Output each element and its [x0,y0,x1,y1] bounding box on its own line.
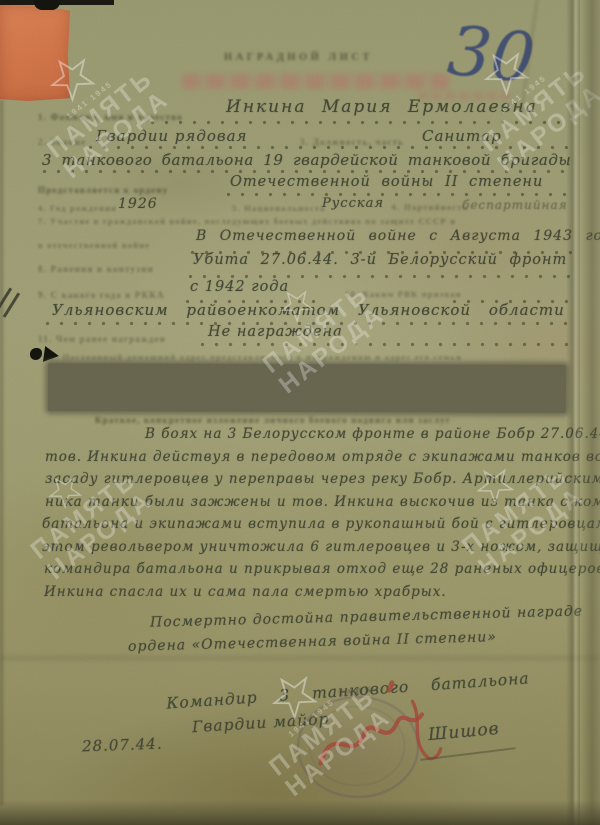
nation-value: Русская [322,196,384,211]
scanned-award-document: НАГРАДНОЙ ЛИСТ 30 1. Фамилия, имя и отче… [0,0,600,825]
rkka-label: 9. С какого года в РККА [38,290,165,300]
rank-label: 2. Звание [38,137,86,147]
conclusion-line: ордена «Отечественная война II степени» [128,629,497,655]
rvk-label: 10. Каким РВК призван [345,289,462,299]
faded-red-stamp-line [182,74,450,89]
party-label: 6. Партийность [392,202,468,212]
citation-line: В боях на 3 Белорусском фронте в районе … [145,426,600,442]
post-value: Санитар [422,127,502,145]
prior-value: Не награждена [208,324,343,340]
page-number-handwritten: 30 [444,12,538,100]
prior-label: 11. Чем ранее награжден [38,334,166,344]
war-label: 7. Участие в гражданской войне, последую… [38,216,456,226]
dotted-line [226,192,572,197]
party-value: беспартийная [462,198,568,212]
name-value: Инкина Мария Ермолаевна [226,97,538,117]
wounds-label: 8. Ранения и контузии [38,264,154,274]
name-label: 1. Фамилия, имя и отчество [38,112,183,122]
citation-line: батальона и экипажами вступила в рукопаш… [42,516,600,532]
wounds-value: Убита 27.06.44. 3-й Белорусский фронт [193,252,567,268]
fold-crease-horizontal [0,656,600,660]
torn-edge-blob [34,0,60,10]
citation-line: засаду гитлеровцев у переправы через рек… [45,471,600,487]
nation-label: 5. Национальность [232,203,326,213]
war-label2: в отечественной войне [38,240,150,250]
citation-line: Инкина спасла их и сама пала смертью хра… [44,584,447,600]
address-label: 12. Постоянный домашний адрес представля… [45,352,462,362]
conclusion-line: Посмертно достойна правительственной наг… [150,603,583,630]
war-value: В Отечественной войне с Августа 1943 год… [196,228,600,244]
citation-line: ника танки были зажжены и тов. Инкина вы… [45,494,600,510]
post-label: 3. Должность, часть [300,137,404,147]
award-label: Представляется к ордену [38,185,168,195]
citation-line: этом револьвером уничтожила 6 гитлеровце… [42,539,600,555]
document-date: 28.07.44. [82,735,163,756]
page-bottom-edge [0,800,600,825]
summary-heading: Краткое, конкретное изложение личного бо… [95,415,451,425]
orange-corner-patch [0,5,70,101]
ink-blot [30,348,42,360]
redaction-bar [48,363,566,413]
birth-label: 4. Год рождения [38,203,117,213]
page-right-edge [580,0,600,825]
form-title: НАГРАДНОЙ ЛИСТ [224,52,373,63]
citation-line: тов. Инкина действуя в передовом отряде … [45,449,600,465]
rank-value: Гвардии рядовая [96,127,247,145]
rkka-value: с 1942 года [190,279,289,295]
unit-value: 3 танкового батальона 19 гвардейской тан… [42,151,571,169]
rvk-value: Ульяновским райвоенкоматом Ульяновской о… [52,301,565,319]
dotted-line [200,342,572,347]
citation-line: командира батальона и прикрывая отход ещ… [44,561,600,577]
dotted-line [150,120,570,125]
ink-blot-triangle [43,346,60,364]
left-edge-shadow [0,100,5,805]
award-value: Отечественной войны II степени [230,174,543,190]
birth-value: 1926 [118,196,158,212]
